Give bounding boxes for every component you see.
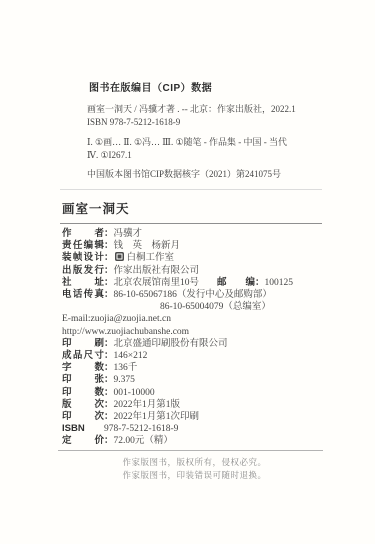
edition-row: 版次：2022年1月第1版 [62,399,327,411]
field-value: 北京盛通印刷股份有限公司 [114,339,228,349]
copyright-page: 图书在版编目（CIP）数据 画室一洞天 / 冯骥才著 . -- 北京：作家出版社… [0,0,375,544]
phone-row-continued: 86-10-65004079（总编室） [62,301,327,313]
returns-notice: 作家版图书，印装错误可随时退换。 [62,469,327,482]
field-value: 86-10-65067186（发行中心及邮购部） [114,290,272,300]
label-colon: ： [104,436,114,446]
field-value: 978-7-5212-1618-9 [104,424,178,434]
field-value: 北京农展馆南里10号 [114,278,200,288]
website-text: http://www.zuojiachubanshe.com [62,327,189,337]
design-row: 装帧设计：白桐工作室 [62,252,327,264]
label-colon: ： [104,363,114,373]
field-value: 2022年1月第1版 [114,400,181,410]
label-colon: ： [104,266,114,276]
bottom-divider [58,450,323,451]
cip-isbn: ISBN 978-7-5212-1618-9 [87,116,325,129]
label-colon: ： [104,229,114,239]
cip-classification-line1: Ⅰ. ①画… Ⅱ. ①冯… Ⅲ. ①随笔 - 作品集 - 中国 - 当代 [87,136,325,149]
postcode-value: 100125 [265,278,294,288]
field-label: 定价 [62,435,104,447]
label-colon: ： [104,375,114,385]
cip-record-number: 中国版本图书馆CIP数据核字（2021）第241075号 [87,168,325,181]
book-title: 画室一洞天 [60,190,322,224]
copyright-notice: 作家版图书，版权所有，侵权必究。 [62,456,327,469]
postcode-field: 邮编：100125 [217,277,293,289]
field-value: 作家出版社有限公司 [114,266,200,276]
field-value: 2022年1月第1次印刷 [114,412,200,422]
label-colon: ： [104,278,114,288]
phone-row: 电话传真：86-10-65067186（发行中心及邮购部） [62,289,327,301]
label-colon: ： [104,351,114,361]
field-label: 社址 [62,277,104,289]
field-value: 9.375 [114,375,135,385]
label-colon: ： [104,412,114,422]
email-text: E-mail:zuojia@zuojia.net.cn [62,314,171,324]
field-label: 版次 [62,399,104,411]
cip-description: 画室一洞天 / 冯骥才著 . -- 北京：作家出版社，2022.1 [87,103,325,116]
printer-row: 印刷：北京盛通印刷股份有限公司 [62,338,327,350]
print-run-row: 印数：001-10000 [62,387,327,399]
field-value: 白桐工作室 [127,253,175,263]
colophon: 作者：冯骥才 责任编辑：钱 英 杨新月 装帧设计：白桐工作室 出版发行：作家出版… [62,228,327,448]
field-value: 146×212 [114,351,148,361]
field-label: 印数 [62,387,104,399]
field-value: 冯骥才 [114,229,143,239]
field-value: 86-10-65004079（总编室） [160,302,271,312]
word-count-row: 字数：136千 [62,362,327,374]
address-row: 社址：北京农展馆南里10号 邮编：100125 [62,277,327,289]
author-row: 作者：冯骥才 [62,228,327,240]
label-colon: ： [255,278,265,288]
field-label: 电话传真 [62,289,104,301]
field-value: 001-10000 [114,388,155,398]
field-label: 印张 [62,374,104,386]
field-label: 作者 [62,228,104,240]
field-label: 责任编辑 [62,240,104,252]
label-colon: ： [104,339,114,349]
sheets-row: 印张：9.375 [62,374,327,386]
field-label: 印刷 [62,338,104,350]
editor-row: 责任编辑：钱 英 杨新月 [62,240,327,252]
cip-header: 图书在版编目（CIP）数据 [89,82,325,95]
field-label: 装帧设计 [62,252,104,264]
email-row: E-mail:zuojia@zuojia.net.cn [62,313,327,325]
design-studio-logo-icon [115,252,124,261]
trim-size-row: 成品尺寸：146×212 [62,350,327,362]
printing-row: 印次：2022年1月第1次印刷 [62,411,327,423]
field-label: ISBN [62,423,104,435]
label-colon: ： [104,241,114,251]
website-row: http://www.zuojiachubanshe.com [62,326,327,338]
title-block: 画室一洞天 [60,189,322,224]
field-label: 字数 [62,362,104,374]
price-row: 定价：72.00元（精） [62,435,327,447]
field-label: 成品尺寸 [62,350,104,362]
label-colon: ： [104,388,114,398]
field-value: 72.00元（精） [114,436,173,446]
cip-classification-line2: Ⅳ. ①I267.1 [87,149,325,162]
field-label: 印次 [62,411,104,423]
postcode-label: 邮编 [217,277,255,289]
isbn-row: ISBN978-7-5212-1618-9 [62,423,327,435]
cip-block: 图书在版编目（CIP）数据 画室一洞天 / 冯骥才著 . -- 北京：作家出版社… [87,82,325,181]
label-colon: ： [104,400,114,410]
field-value: 钱 英 杨新月 [114,241,181,251]
label-colon: ： [104,253,114,263]
field-value: 136千 [114,363,138,373]
publisher-row: 出版发行：作家出版社有限公司 [62,265,327,277]
notices: 作家版图书，版权所有，侵权必究。 作家版图书，印装错误可随时退换。 [62,456,327,482]
label-colon: ： [104,290,114,300]
field-label: 出版发行 [62,265,104,277]
